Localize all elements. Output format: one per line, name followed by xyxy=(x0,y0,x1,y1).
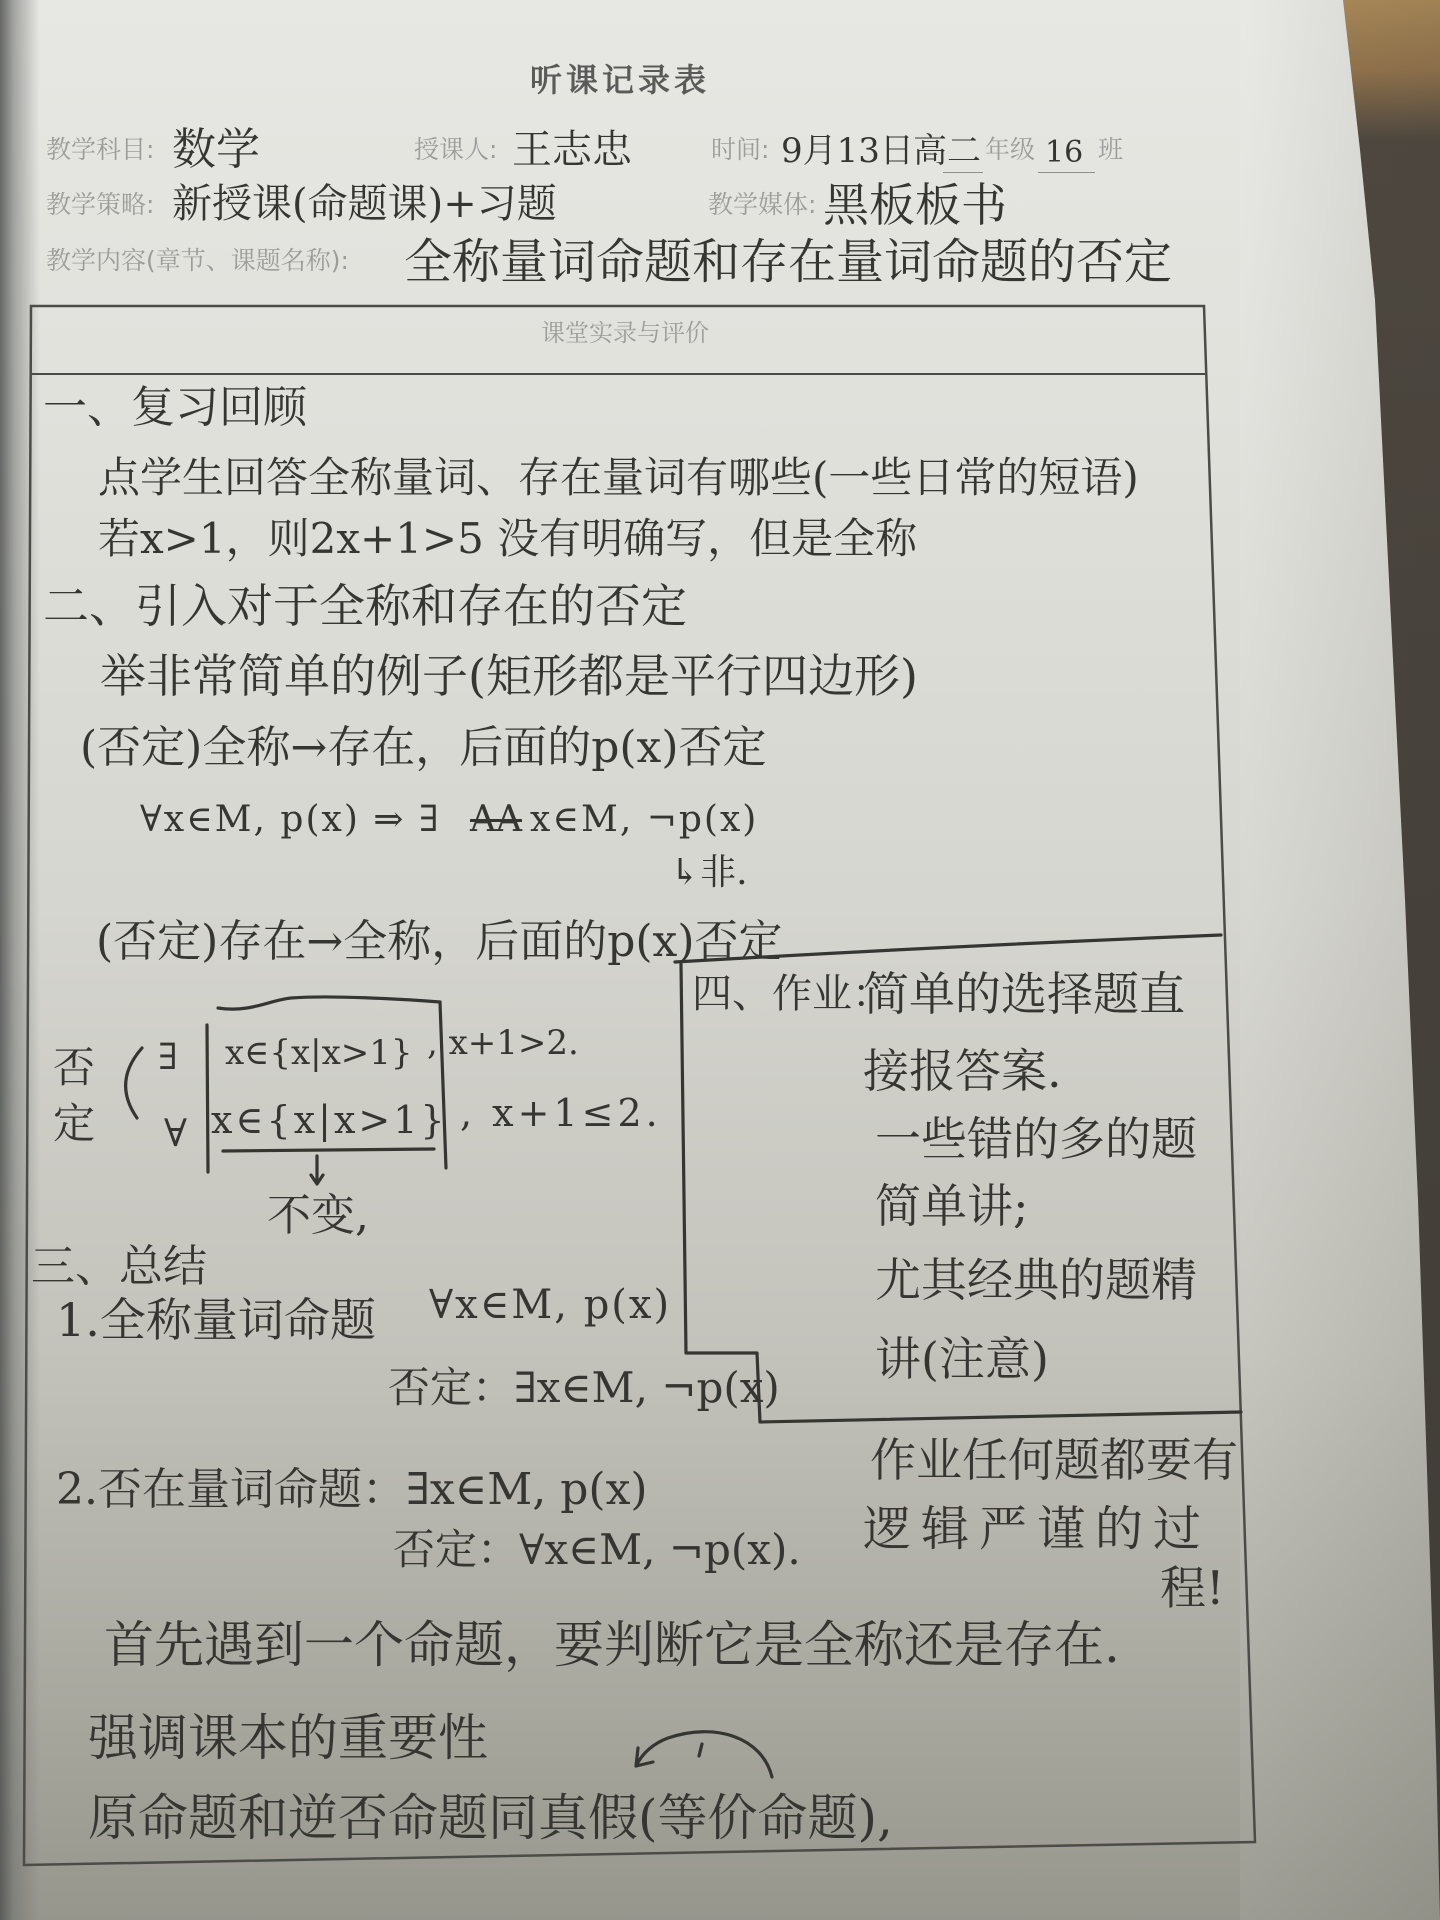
closing-line: 强调课本的重要性 xyxy=(88,1713,488,1763)
teacher-value: 王志忠 xyxy=(512,130,632,170)
class-label: 班 xyxy=(1098,137,1123,162)
homework-line: 一些错的多的题 xyxy=(875,1116,1197,1162)
content-label: 教学内容(章节、课题名称): xyxy=(46,248,349,273)
predicate-2: , x+1≤2. xyxy=(460,1094,662,1132)
page-edge-shading xyxy=(1240,0,1440,1920)
strategy-label: 教学策略: xyxy=(46,192,154,217)
strategy-value: 新授课(命题课)+习题 xyxy=(172,184,557,224)
closing-line: 首先遇到一个命题，要判断它是全称还是存在. xyxy=(104,1620,1120,1670)
homework-line: 简单的选择题直 xyxy=(863,971,1185,1017)
review-heading: 一、复习回顾 xyxy=(43,386,307,430)
exists-symbol: ∃ xyxy=(158,1040,178,1076)
remark-line: 程! xyxy=(1160,1565,1225,1611)
grade-label: 年级 xyxy=(985,137,1035,162)
set-expression-2: x∈{x|x>1} xyxy=(211,1101,448,1139)
summary-item-2-label: 2.否在量词命题：∃x∈M, p(x) xyxy=(56,1468,648,1512)
grade-value: 高二 xyxy=(913,134,981,168)
time-label: 时间: xyxy=(711,137,769,162)
set-expression-1: x∈{x|x>1} xyxy=(225,1036,413,1070)
homework-line: 尤其经典的题精 xyxy=(875,1257,1197,1303)
summary-heading: 三、总结 xyxy=(31,1245,207,1289)
date-value: 9月13日 xyxy=(781,134,914,168)
class-value: 16 xyxy=(1045,138,1083,168)
record-section-header: 课堂实录与评价 xyxy=(541,321,709,345)
subject-label: 教学科目: xyxy=(46,137,154,162)
class-underline xyxy=(1038,172,1095,173)
formula-left: ∀x∈M, p(x) ⇒ ∃ xyxy=(140,802,440,838)
remark-line: 作业任何题都要有 xyxy=(870,1437,1238,1483)
content-value: 全称量词命题和存在量词命题的否定 xyxy=(404,238,1172,286)
unchanged-note: 不变, xyxy=(267,1194,369,1238)
media-label: 教学媒体: xyxy=(708,192,816,217)
summary-item-2-negation: 否定：∀x∈M, ¬p(x). xyxy=(393,1529,801,1571)
introduction-example: 举非常简单的例子(矩形都是平行四边形) xyxy=(100,653,918,699)
remark-line: 逻辑严谨的过 xyxy=(863,1505,1211,1553)
review-line: 点学生回答全称量词、存在量词有哪些(一些日常的短语) xyxy=(98,457,1139,499)
subject-value: 数学 xyxy=(172,128,260,172)
homework-line: 接报答案. xyxy=(863,1048,1062,1094)
negation-label: 否定 xyxy=(53,1040,97,1152)
predicate-1: , x+1>2. xyxy=(427,1026,579,1060)
summary-item-1-negation: 否定：∃x∈M, ¬p(x) xyxy=(388,1367,780,1409)
homework-heading: 四、作业： xyxy=(692,974,892,1014)
rule-negate-existential: (否定)存在→全称，后面的p(x)否定 xyxy=(96,920,783,964)
homework-line: 讲(注意) xyxy=(875,1336,1049,1382)
form-title: 听课记录表 xyxy=(530,64,710,96)
forall-symbol: ∀ xyxy=(164,1114,187,1152)
review-line: 若x>1，则2x+1>5 没有明确写，但是全称 xyxy=(98,518,917,560)
rule-negate-universal: (否定)全称→存在，后面的p(x)否定 xyxy=(80,726,767,770)
homework-line: 简单讲; xyxy=(875,1183,1029,1229)
introduction-heading: 二、引入对于全称和存在的否定 xyxy=(43,583,687,629)
formula-right: x∈M, ¬p(x) xyxy=(530,802,758,838)
formula-struck-text: AA xyxy=(470,802,522,838)
summary-item-1-formula: ∀x∈M, p(x) xyxy=(429,1285,671,1325)
summary-item-1-label: 1.全称量词命题 xyxy=(56,1297,376,1343)
media-value: 黑板板书 xyxy=(823,182,1007,228)
grade-underline xyxy=(943,172,983,173)
formula-note: ↳非. xyxy=(670,855,748,891)
closing-line: 原命题和逆否命题同真假(等价命题), xyxy=(88,1793,893,1843)
teacher-label: 授课人: xyxy=(414,137,497,162)
